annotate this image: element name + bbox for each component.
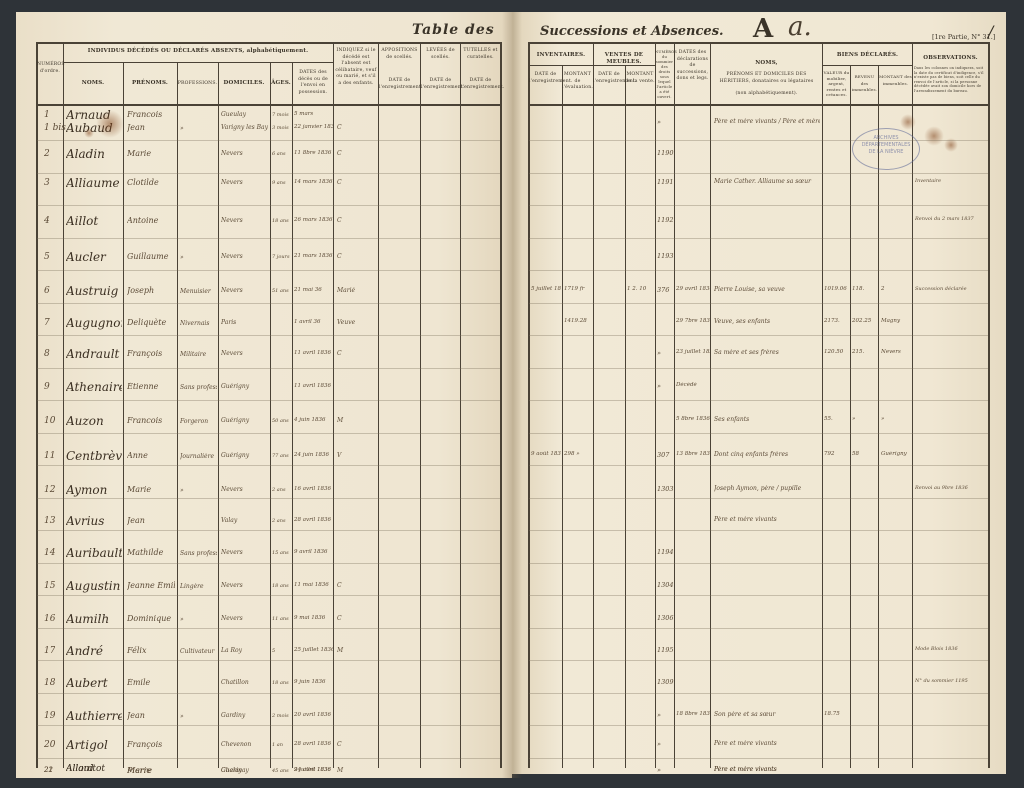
row-montant: Guérigny	[881, 451, 911, 457]
row-date: 20 avril 1836	[294, 712, 333, 718]
row-number: 13	[44, 516, 55, 526]
row-date: 14 mars 1836	[294, 179, 333, 185]
row-heritiers: Père et mère vivants	[714, 766, 820, 773]
row-rule	[529, 725, 988, 726]
row-age: 11 ans	[272, 616, 292, 622]
row-inv-date: 5 juillet 1836	[531, 286, 561, 292]
row-rule	[37, 628, 500, 629]
row-sommier: 1195	[657, 646, 674, 654]
row-indique: M	[337, 647, 377, 654]
row-rule	[37, 725, 500, 726]
row-prenom: François	[127, 740, 175, 749]
row-prenom: François	[127, 349, 175, 358]
row-prenom: Jean	[127, 516, 175, 525]
row-rule	[529, 335, 988, 336]
header-tutelles-sub: DATE de l'enregistrement.	[461, 78, 500, 91]
right-table-top-border	[528, 42, 990, 44]
row-sommier: 1192	[657, 216, 674, 224]
row-rule	[37, 693, 500, 694]
header-dates-declarations: DATES des déclarations de successions, d…	[675, 50, 710, 83]
header-heritiers-sub2: (non alphabétiquement).	[711, 91, 822, 98]
row-number: 11	[44, 451, 55, 461]
header-dates-deces: DATES des décès ou de l'envoi en possess…	[293, 70, 333, 96]
header-observations-note: Dans les colonnes on indiquera, soit la …	[914, 66, 987, 94]
header-domiciles: DOMICILES.	[218, 80, 270, 87]
row-nom: Allard	[66, 764, 122, 774]
row-sommier: 1309	[657, 678, 674, 686]
header-tutelles: TUTELLES et curatelles.	[461, 48, 500, 61]
row-rule	[529, 303, 988, 304]
col-divider	[878, 65, 879, 768]
row-sommier: 1191	[657, 178, 674, 186]
row-nom: Auribault	[66, 546, 122, 560]
right-header-bottom-rule	[528, 104, 990, 106]
row-rule	[529, 238, 988, 239]
row-nom: Austruig	[66, 284, 122, 298]
row-rule	[37, 205, 500, 206]
row-date: 11 mai 1836	[294, 582, 333, 588]
row-indique: V	[337, 452, 377, 459]
row-date: 4 juin 1836	[294, 417, 333, 423]
row-prenom: Étienne	[127, 382, 175, 391]
row-sommier: »	[657, 382, 674, 390]
row-nom: Alliaume	[66, 176, 122, 190]
row-rule	[529, 173, 988, 174]
stamp-line: DE LA NIÈVRE	[853, 149, 919, 156]
row-observation: Succession déclarée	[915, 286, 987, 292]
row-prenom: Francois	[127, 416, 175, 425]
row-declaration-date: 13 8bre 1836	[676, 451, 710, 457]
row-date: 16 avril 1836	[294, 486, 333, 492]
row-number: 8	[44, 349, 50, 359]
row-profession: Militaire	[180, 351, 217, 358]
row-profession: »	[180, 487, 217, 494]
row-domicile: Guérigny	[221, 417, 269, 424]
row-prenom: Deliquète	[127, 318, 175, 327]
row-sommier: 1304	[657, 581, 674, 589]
row-indique: M	[337, 417, 377, 424]
row-rule	[529, 758, 988, 759]
row-rule	[37, 498, 500, 499]
row-sommier: 1193	[657, 252, 674, 260]
row-prenom: Joseph	[127, 286, 175, 295]
row-vente-montant: 1 2. 10	[627, 286, 654, 292]
header-biens-declares: BIENS DÉCLARÉS.	[823, 52, 912, 59]
row-profession: »	[180, 125, 217, 132]
row-prenom: Marie	[127, 485, 175, 494]
row-rule	[37, 563, 500, 564]
register-letter: A	[753, 14, 773, 44]
title-left: Table des	[412, 22, 495, 38]
row-domicile: Nevers	[221, 253, 269, 260]
header-ventes: VENTES DE MEUBLES.	[593, 52, 655, 65]
row-rule	[37, 758, 500, 759]
row-declaration-date: 18 8bre 1836	[676, 711, 710, 717]
row-observation: Mode Blois 1836	[915, 646, 987, 652]
row-revenu: 215.	[852, 349, 878, 355]
row-date: 21 mai 36	[294, 287, 333, 293]
left-header-bottom-rule	[36, 104, 501, 106]
archive-stamp: ARCHIVES DÉPARTEMENTALES DE LA NIÈVRE	[852, 128, 920, 170]
row-heritiers: Père et mère vivants	[714, 740, 820, 747]
header-prenoms: PRÉNOMS.	[123, 80, 177, 87]
row-age: 18 ans	[272, 680, 292, 686]
ink-stain	[84, 128, 94, 138]
row-date: 24 juin 1836	[294, 452, 333, 458]
row-rule	[37, 660, 500, 661]
row-declaration-date: 5 8bre 1836	[676, 416, 710, 422]
header-individus-group: INDIVIDUS DÉCÉDÉS OU DÉCLARÉS ABSENTS, a…	[65, 48, 331, 55]
row-number: 20	[44, 740, 55, 750]
row-heritiers: Père et mère vivants	[714, 516, 820, 523]
row-number: 2	[44, 149, 50, 159]
row-age: 7 mois	[272, 112, 292, 118]
row-domicile: Nevers	[221, 486, 269, 493]
stamp-line: DÉPARTEMENTALES	[853, 142, 919, 149]
row-declaration-date: 29 7bre 1836	[676, 318, 710, 324]
row-number: 9	[44, 382, 50, 392]
row-domicile: Guerinay	[221, 767, 269, 774]
row-age: 50 ans	[272, 418, 292, 424]
row-indique: C	[337, 253, 377, 260]
row-age: 18 ans	[272, 583, 292, 589]
right-biens-rule	[822, 65, 912, 66]
row-sommier: 1190	[657, 149, 674, 157]
header-numeros: NUMÉROS d'ordre.	[37, 62, 63, 75]
row-age: 2 ans	[272, 487, 292, 493]
right-table-right-border	[988, 42, 990, 768]
row-rule	[37, 270, 500, 271]
row-rule	[37, 335, 500, 336]
row-number: 1	[44, 110, 50, 120]
row-age: 3 mois	[272, 125, 292, 131]
row-prenom: Jeanne Émilie	[127, 581, 175, 590]
row-profession: Sans profession	[180, 550, 217, 557]
col-divider	[177, 63, 178, 768]
row-age: 2 mois	[272, 713, 292, 719]
row-profession: Cultivateur	[180, 648, 217, 655]
row-montant: »	[881, 416, 911, 422]
row-profession: Sans profession	[180, 384, 217, 391]
row-rule	[529, 433, 988, 434]
row-indique: C	[337, 217, 377, 224]
right-group-rule	[529, 65, 655, 66]
row-rule	[529, 205, 988, 206]
register-letter-handwritten: a.	[788, 12, 812, 42]
row-prenom: Félix	[127, 646, 175, 655]
row-rule	[37, 140, 500, 141]
row-prenom: Marie	[127, 766, 175, 775]
row-prenom: Clotilde	[127, 178, 175, 187]
row-domicile: Nevers	[221, 350, 269, 357]
row-nom: Aymon	[66, 483, 122, 497]
row-date: 9 avril 1836	[294, 549, 333, 555]
row-sommier: »	[657, 740, 674, 748]
left-table-right-border	[500, 42, 502, 768]
row-nom: Avrius	[66, 514, 122, 528]
row-sommier: »	[657, 766, 674, 774]
header-noms-heritiers: NOMS,	[711, 60, 822, 67]
row-date: 28 avril 1836	[294, 741, 333, 747]
row-number: 5	[44, 252, 50, 262]
row-indique: C	[337, 615, 377, 622]
row-date: 5 mars	[294, 111, 333, 117]
row-sommier: »	[657, 349, 674, 357]
row-valeur: 18.75	[824, 711, 850, 717]
row-age: 5	[272, 648, 292, 654]
header-indiquez: INDIQUEZ si le décédé est l'absent est c…	[334, 48, 378, 87]
col-divider	[270, 63, 271, 768]
ink-stain	[900, 114, 916, 130]
col-divider	[562, 65, 563, 768]
row-number: 17	[44, 646, 55, 656]
row-prenom: Mathilde	[127, 548, 175, 557]
row-declaration-date: 23 juillet 1836	[676, 349, 710, 355]
row-rule	[529, 660, 988, 661]
row-rule	[37, 238, 500, 239]
row-sommier: »	[657, 118, 674, 126]
row-sommier: 1306	[657, 614, 674, 622]
row-date: 21 mars 1836	[294, 253, 333, 259]
row-domicile: Guérigny	[221, 452, 269, 459]
row-number: 22	[44, 766, 53, 774]
row-rule	[529, 400, 988, 401]
row-age: 18 ans	[272, 218, 292, 224]
row-age: 15 ans	[272, 550, 292, 556]
row-number: 16	[44, 614, 55, 624]
row-nom: Aubert	[66, 676, 122, 690]
row-indique: Marié	[337, 287, 377, 294]
header-ventes-montant: MONTANT de la vente.	[625, 72, 655, 85]
row-profession: Journalière	[180, 453, 217, 460]
row-date: 28 avril 1836	[294, 517, 333, 523]
row-montant: 2	[881, 286, 911, 292]
header-observations: OBSERVATIONS.	[913, 55, 988, 62]
row-number: 19	[44, 711, 55, 721]
row-date: 22 janvier 1836	[294, 124, 333, 130]
row-rule	[529, 530, 988, 531]
row-nom: Aladin	[66, 147, 122, 161]
row-rule	[37, 595, 500, 596]
row-profession: »	[180, 616, 217, 623]
row-profession: Forgeron	[180, 418, 217, 425]
row-heritiers: Sa mère et ses frères	[714, 349, 820, 356]
row-rule	[37, 465, 500, 466]
row-valeur: 55.	[824, 416, 850, 422]
row-nom: Augugnon	[66, 316, 122, 330]
row-age: 1 an	[272, 742, 292, 748]
row-prenom: Antoine	[127, 216, 175, 225]
row-sommier: 376	[657, 286, 674, 294]
row-indique: C	[337, 582, 377, 589]
row-date: 9 juin 1836	[294, 679, 333, 685]
row-age: 45 ans	[272, 768, 292, 774]
row-rule	[529, 140, 988, 141]
row-indique: C	[337, 350, 377, 357]
header-ventes-date: DATE de l'enregistrement.	[593, 72, 625, 85]
row-nom: André	[66, 644, 122, 658]
row-prenom: Guillaume	[127, 252, 175, 261]
row-prenom: Émile	[127, 678, 175, 687]
row-date: 26 mars 1836	[294, 217, 333, 223]
row-sommier: 1303	[657, 485, 674, 493]
row-prenom: Francois	[127, 110, 175, 119]
row-rule	[529, 368, 988, 369]
row-prenom: Marie	[127, 149, 175, 158]
left-table-top-border	[36, 42, 501, 44]
col-divider	[123, 63, 124, 768]
row-declaration-date: Décédé	[676, 382, 710, 388]
row-montant: Nevers	[881, 349, 911, 355]
row-date: 25 juillet 1836	[294, 647, 333, 653]
header-inv-date: DATE de l'enregistrement.	[529, 72, 562, 85]
ink-stain	[924, 126, 944, 146]
row-indique: M	[337, 767, 377, 774]
row-number: 6	[44, 286, 50, 296]
row-heritiers: Ses enfants	[714, 416, 820, 423]
row-rule	[37, 530, 500, 531]
row-profession: Nivernais	[180, 320, 217, 327]
row-revenu: 202.25	[852, 318, 878, 324]
row-heritiers: Veuve, ses enfants	[714, 318, 820, 325]
row-number: 12	[44, 485, 55, 495]
row-valeur: 120.50	[824, 349, 850, 355]
row-domicile: Nevers	[221, 150, 269, 157]
col-divider	[218, 63, 219, 768]
book-gutter	[502, 12, 522, 778]
row-date: 9 mai 1836	[294, 615, 333, 621]
row-inv-montant: 1719 fr	[564, 286, 592, 292]
row-prenom: Dominique	[127, 614, 175, 623]
row-date: 24 avril 1836	[294, 767, 333, 773]
row-date: 11 avril 1836	[294, 383, 333, 389]
row-montant: Magny	[881, 318, 911, 324]
row-domicile: Nevers	[221, 217, 269, 224]
row-inv-montant: 1419.28	[564, 318, 592, 324]
row-profession: »	[180, 713, 217, 720]
row-revenu: »	[852, 416, 878, 422]
row-valeur: 1019.06	[824, 286, 850, 292]
row-number: 3	[44, 178, 50, 188]
row-number: 10	[44, 416, 55, 426]
row-date: 11 8bre 1836	[294, 150, 333, 156]
row-heritiers: Marie Cather. Alliaume sa sœur	[714, 178, 820, 185]
header-valeur-mobilier: VALEUR du mobilier, argent, rentes et cr…	[823, 70, 850, 98]
row-age: 2 ans	[272, 518, 292, 524]
header-inv-montant: MONTANT de l'évaluation.	[562, 72, 593, 92]
row-indique: Veuve	[337, 319, 377, 326]
row-valeur: 792	[824, 451, 850, 457]
row-domicile: Nevers	[221, 287, 269, 294]
ink-stain	[96, 110, 124, 138]
row-rule	[37, 173, 500, 174]
row-rule	[37, 433, 500, 434]
row-prenom: Jean	[127, 123, 175, 132]
row-rule	[529, 693, 988, 694]
header-levees: LEVÉES de scellés.	[421, 48, 460, 61]
row-indique: C	[337, 150, 377, 157]
row-rule	[37, 303, 500, 304]
row-domicile: Gueulay	[221, 111, 269, 118]
row-heritiers: Père et mère vivants / Père et mère viva…	[714, 118, 820, 125]
row-heritiers: Dont cinq enfants frères	[714, 451, 820, 458]
header-levees-sub: DATE de l'enregistrement.	[421, 78, 460, 91]
row-inv-montant: 298 »	[564, 451, 592, 457]
row-prenom: Anne	[127, 451, 175, 460]
row-domicile: Varigny les Bay	[221, 124, 269, 131]
row-date: 11 avril 1836 en Afrique	[294, 350, 333, 356]
row-domicile: Nevers	[221, 179, 269, 186]
row-nom: Aucler	[66, 250, 122, 264]
row-observation: Renvoi au 9bre 1836	[915, 485, 987, 491]
row-age: 6 ans	[272, 151, 292, 157]
row-profession: Menuisier	[180, 288, 217, 295]
col-divider	[850, 65, 851, 768]
row-observation: Inventaire	[915, 178, 987, 184]
header-inventaires: INVENTAIRES.	[529, 52, 593, 59]
row-valeur: 2173.	[824, 318, 850, 324]
row-domicile: Nevers	[221, 615, 269, 622]
row-age: 51 ans	[272, 288, 292, 294]
row-rule	[529, 563, 988, 564]
row-rule	[529, 465, 988, 466]
row-domicile: Valay	[221, 517, 269, 524]
col-divider	[292, 63, 293, 768]
row-nom: Aillot	[66, 214, 122, 228]
row-date: 1 avril 36	[294, 319, 333, 325]
row-prenom: Jean	[127, 711, 175, 720]
header-appositions-sub: DATE de l'enregistrement.	[379, 78, 420, 91]
row-domicile: Guérigny	[221, 383, 269, 390]
row-number: 15	[44, 581, 55, 591]
row-nom: Aumilh	[66, 612, 122, 626]
row-age: 7 jours	[272, 254, 292, 260]
row-rule	[37, 400, 500, 401]
row-rule	[529, 498, 988, 499]
header-noms: NOMS.	[63, 80, 123, 87]
row-nom: Athenaire	[66, 380, 122, 394]
row-sommier: 1194	[657, 548, 674, 556]
row-number: 7	[44, 318, 50, 328]
row-age: 77 ans	[272, 453, 292, 459]
row-nom: Andrault	[66, 347, 122, 361]
row-profession: »	[180, 254, 217, 261]
title-right: Successions et Absences.	[540, 24, 724, 39]
row-domicile: Nevers	[221, 549, 269, 556]
col-divider	[625, 65, 626, 768]
row-profession: Lingère	[180, 583, 217, 590]
row-declaration-date: 29 avril 1836	[676, 286, 710, 292]
header-numeros-sommier: NUMÉROS du sommier des droits sous leque…	[655, 50, 674, 100]
row-domicile: Gardiny	[221, 712, 269, 719]
row-rule	[529, 595, 988, 596]
header-montant-immeubles: MONTANT des immeubles.	[879, 74, 912, 87]
row-revenu: 58	[852, 451, 878, 457]
row-indique: C	[337, 741, 377, 748]
header-ages: ÂGES.	[270, 80, 292, 87]
row-number: 18	[44, 678, 55, 688]
row-number: 4	[44, 216, 50, 226]
header-appositions: APPOSITIONS de scellés.	[379, 48, 420, 61]
row-domicile: Chevenon	[221, 741, 269, 748]
row-number: 1 bis	[44, 123, 66, 133]
row-nom: Authierre	[66, 709, 122, 723]
row-nom: Augustin	[66, 579, 122, 593]
row-heritiers: Joseph Aymon, père / pupille	[714, 485, 820, 492]
row-observation: Renvoi du 2 mars 1837	[915, 216, 987, 222]
row-heritiers: Pierre Louise, sa veuve	[714, 286, 820, 293]
header-revenu-immeubles: REVENU des immeubles.	[851, 74, 878, 94]
